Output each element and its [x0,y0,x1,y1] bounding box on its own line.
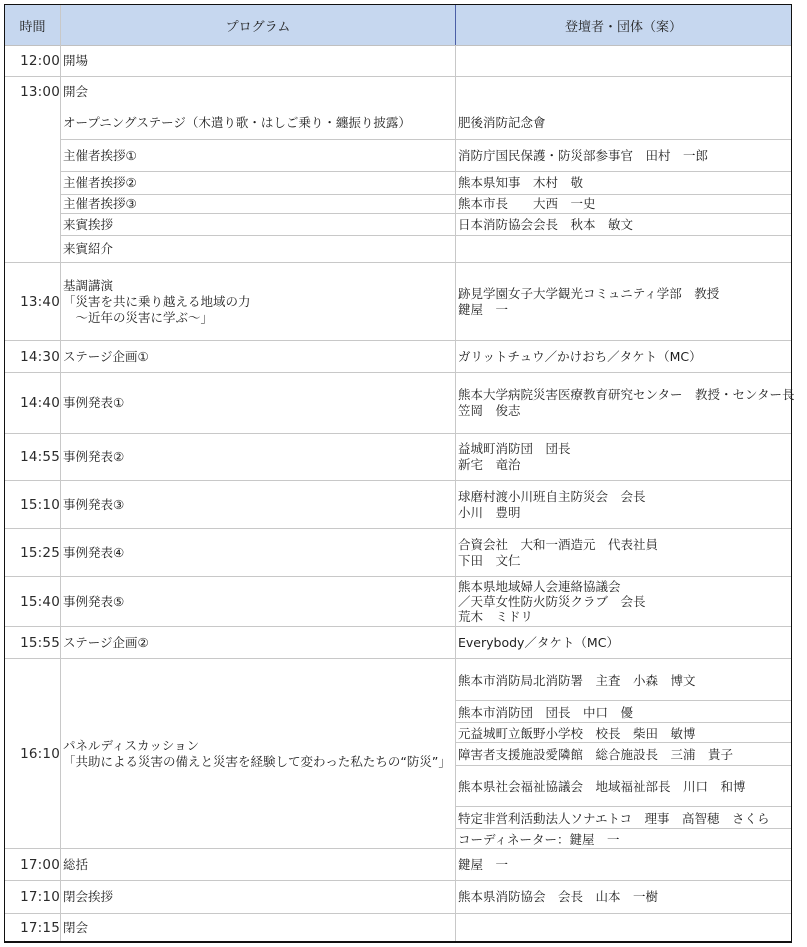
time-cell: 13:40 [5,263,60,340]
speaker-cell: 日本消防協会会長 秋本 敏文 [456,214,793,235]
column-divider [60,5,61,941]
panelist-item: 熊本市消防団 団長 中口 優 [456,701,791,723]
program-cell: 事例発表② [61,434,457,480]
panelist-item: 特定非営利活動法人ソナエトコ 理事 高智穂 さくら [456,807,791,829]
speaker-cell: 球磨村渡小川班自主防災会 会長 小川 豊明 [456,481,793,528]
speaker-cell: Everybody／タケト（MC） [456,627,793,658]
speaker-cell: 熊本県地域婦人会連絡協議会 ／天草女性防火防災クラブ 会長 荒木 ミドリ [456,577,793,626]
schedule-table: 時間 プログラム 登壇者・団体（案） 12:00 開場 13:00 開会 オープ… [4,4,792,943]
panelist-item: 元益城町立飯野小学校 校長 柴田 敏博 [456,723,791,743]
program-cell: 閉会挨拶 [61,881,457,913]
speaker-cell [456,914,793,942]
speaker-cell: 熊本大学病院災害医療教育研究センター 教授・センター長 笠岡 俊志 [456,373,793,433]
column-divider [455,5,456,941]
table-row: 14:55 事例発表② 益城町消防団 団長 新宅 竜治 [5,434,791,481]
time-cell: 15:25 [5,529,60,576]
table-row: 来賓紹介 [5,236,791,263]
program-cell: 事例発表① [61,373,457,433]
time-cell: 14:30 [5,341,60,372]
coordinator-item: コーディネーター：鍵屋 一 [456,829,791,848]
header-program: プログラム [61,5,455,45]
table-row: 15:40 事例発表⑤ 熊本県地域婦人会連絡協議会 ／天草女性防火防災クラブ 会… [5,577,791,627]
program-cell: 開場 [61,45,457,76]
program-cell: 主催者挨拶③ [61,195,457,213]
program-cell: 基調講演 「災害を共に乗り越える地域の力 ～近年の災害に学ぶ～」 [61,263,457,340]
header-time: 時間 [5,5,60,45]
time-cell: 15:55 [5,627,60,658]
program-cell: 来賓挨拶 [61,214,457,235]
time-cell: 17:10 [5,881,60,913]
speaker-cell: 鍵屋 一 [456,849,793,880]
program-cell: 閉会 [61,914,457,942]
table-row: 来賓挨拶 日本消防協会会長 秋本 敏文 [61,214,791,236]
table-row: 15:55 ステージ企画② Everybody／タケト（MC） [5,627,791,659]
program-cell: 総括 [61,849,457,880]
table-row: 13:40 基調講演 「災害を共に乗り越える地域の力 ～近年の災害に学ぶ～」 跡… [5,263,791,341]
program-cell: ステージ企画① [61,341,457,372]
speaker-cell [456,236,793,262]
panelist-item: 障害者支援施設愛隣館 総合施設長 三浦 貴子 [456,743,791,766]
table-row: 15:10 事例発表③ 球磨村渡小川班自主防災会 会長 小川 豊明 [5,481,791,529]
time-cell: 17:15 [5,914,60,942]
program-cell: 事例発表④ [61,529,457,576]
table-row: 12:00 開場 [5,45,791,77]
panelist-item: 熊本県社会福祉協議会 地域福祉部長 川口 和博 [456,766,791,807]
program-cell: 来賓紹介 [61,236,457,262]
program-cell: 主催者挨拶② [61,172,457,194]
speaker-cell: 熊本県消防協会 会長 山本 一樹 [456,881,793,913]
table-row: 17:00 総括 鍵屋 一 [5,849,791,881]
header-divider [455,5,456,45]
program-cell: 主催者挨拶① [61,140,457,171]
table-row: 主催者挨拶② 熊本県知事 木村 敬 [61,172,791,195]
table-row: 14:30 ステージ企画① ガリットチュウ／かけおち／タケト（MC） [5,341,791,373]
speaker-cell: 肥後消防記念會 [456,107,793,139]
table-row: 17:10 閉会挨拶 熊本県消防協会 会長 山本 一樹 [5,881,791,914]
time-cell: 15:10 [5,481,60,528]
speaker-cell [456,45,793,76]
time-cell: 13:00 [5,77,60,107]
program-cell: 事例発表⑤ [61,577,457,626]
table-row: 主催者挨拶③ 熊本市長 大西 一史 [61,195,791,214]
time-cell: 15:40 [5,577,60,626]
time-cell: 14:40 [5,373,60,433]
time-cell: 16:10 [5,659,60,848]
table-row: 14:40 事例発表① 熊本大学病院災害医療教育研究センター 教授・センター長 … [5,373,791,434]
table-row: 13:00 開会 [5,77,791,107]
speaker-cell: 熊本市長 大西 一史 [456,195,793,213]
program-cell: オープニングステージ（木遣り歌・はしご乗り・纏振り披露） [61,107,457,139]
table-row: 17:15 閉会 [5,914,791,942]
table-row: 主催者挨拶① 消防庁国民保護・防災部参事官 田村 一郎 [61,140,791,172]
time-cell: 17:00 [5,849,60,880]
program-cell: ステージ企画② [61,627,457,658]
speaker-cell [456,77,793,107]
program-cell: パネルディスカッション 「共助による災害の備えと災害を経験して変わった私たちの“… [61,659,457,848]
speaker-cell: ガリットチュウ／かけおち／タケト（MC） [456,341,793,372]
program-cell: 開会 [61,77,457,107]
speaker-cell: 益城町消防団 団長 新宅 竜治 [456,434,793,480]
time-cell: 14:55 [5,434,60,480]
panelist-item: 熊本市消防局北消防署 主査 小森 博文 [456,659,791,701]
table-row: オープニングステージ（木遣り歌・はしご乗り・纏振り披露） 肥後消防記念會 [61,107,791,140]
program-cell: 事例発表③ [61,481,457,528]
table-header: 時間 プログラム 登壇者・団体（案） [5,5,791,46]
speaker-cell: 消防庁国民保護・防災部参事官 田村 一郎 [456,140,793,171]
table-row: 15:25 事例発表④ 合資会社 大和一酒造元 代表社員 下田 文仁 [5,529,791,577]
time-cell: 12:00 [5,45,60,76]
speaker-cell: 熊本県知事 木村 敬 [456,172,793,194]
speaker-cell: 跡見学園女子大学観光コミュニティ学部 教授 鍵屋 一 [456,263,793,340]
header-speaker: 登壇者・団体（案） [456,5,791,45]
panel-discussion-row: 16:10 パネルディスカッション 「共助による災害の備えと災害を経験して変わっ… [5,659,791,849]
speaker-cell: 合資会社 大和一酒造元 代表社員 下田 文仁 [456,529,793,576]
